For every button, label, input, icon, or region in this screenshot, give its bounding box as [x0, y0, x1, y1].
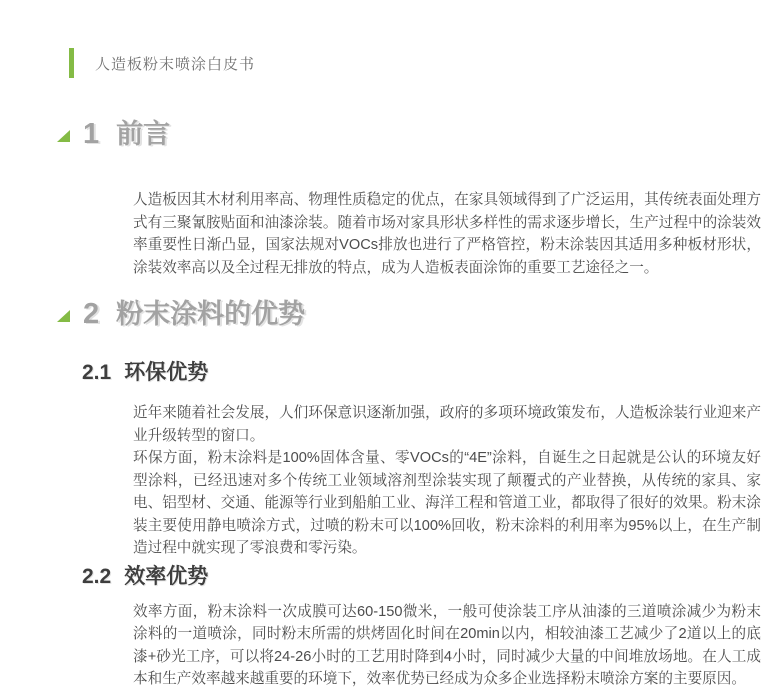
- section-heading-1: 1 前言: [57, 116, 784, 152]
- doc-header: 人造板粉末喷涂白皮书: [69, 48, 784, 78]
- section-heading-2: 2 粉末涂料的优势: [57, 296, 784, 332]
- accent-bar: [69, 48, 74, 78]
- subsection-heading-2-2: 2.2 效率优势: [82, 564, 784, 589]
- section-2-title: 粉末涂料的优势: [116, 296, 305, 332]
- whitepaper-page: 人造板粉末喷涂白皮书 1 前言 人造板因其木材利用率高、物理性质稳定的优点，在家…: [0, 0, 784, 691]
- section-1-paragraph: 人造板因其木材利用率高、物理性质稳定的优点，在家具领域得到了广泛运用，其传统表面…: [133, 189, 761, 279]
- subsection-2-1-title: 环保优势: [124, 360, 208, 385]
- triangle-marker-icon: [57, 130, 70, 142]
- subsection-heading-2-1: 2.1 环保优势: [82, 360, 784, 385]
- section-1-number: 1: [83, 116, 99, 152]
- subsection-2-2-number: 2.2: [82, 564, 111, 589]
- doc-title: 人造板粉末喷涂白皮书: [95, 53, 255, 74]
- section-1-title: 前言: [116, 116, 170, 152]
- subsection-2-1-number: 2.1: [82, 360, 111, 385]
- subsection-2-2-title: 效率优势: [124, 564, 208, 589]
- subsection-2-2-paragraph-1: 效率方面，粉末涂料一次成膜可达60-150微米，一般可使涂装工序从油漆的三道喷涂…: [133, 601, 761, 691]
- subsection-2-1-paragraph-1: 近年来随着社会发展，人们环保意识逐渐加强，政府的多项环境政策发布，人造板涂装行业…: [133, 402, 761, 447]
- subsection-2-1-paragraph-2: 环保方面，粉末涂料是100%固体含量、零VOCs的“4E”涂料，自诞生之日起就是…: [133, 447, 761, 560]
- section-2-number: 2: [83, 296, 99, 332]
- triangle-marker-icon: [57, 310, 70, 322]
